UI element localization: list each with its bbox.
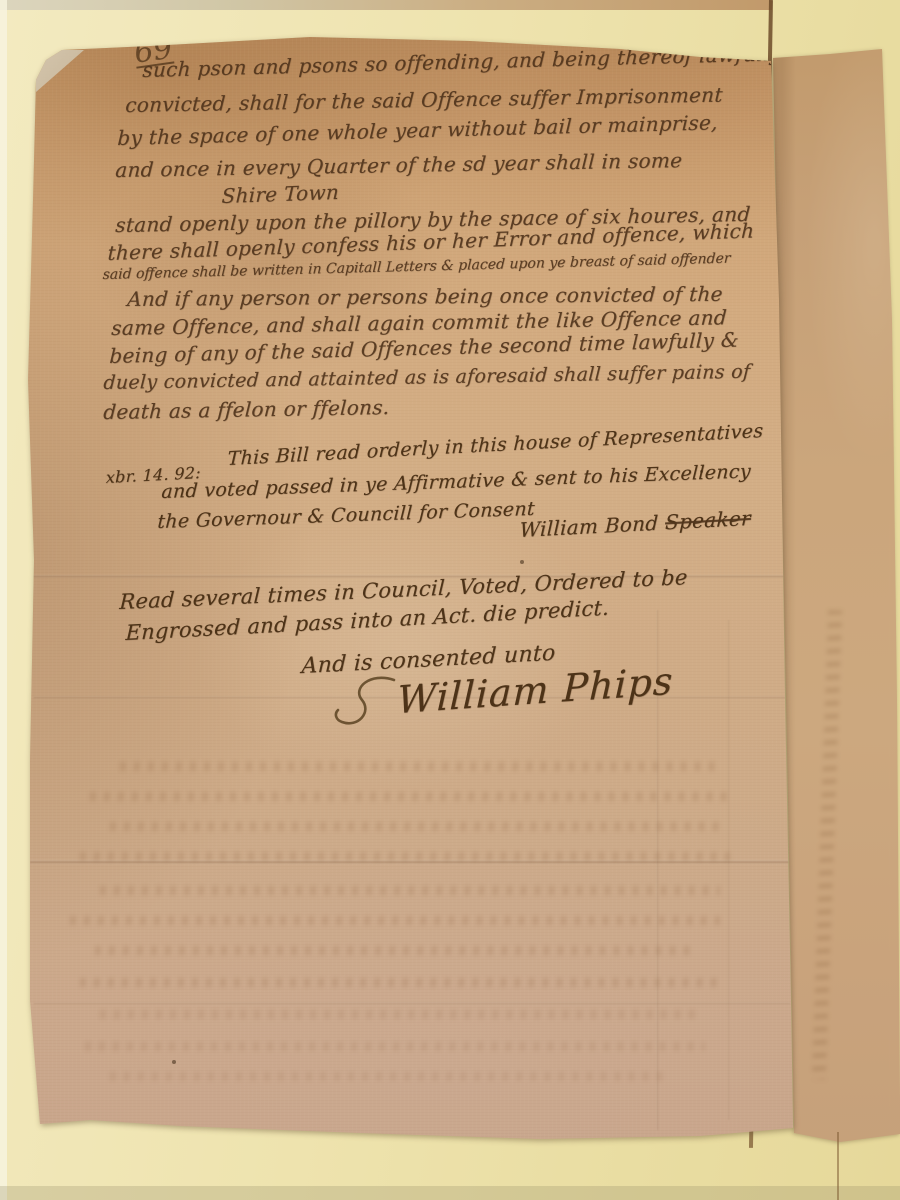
fold-crease-vertical [727,620,730,1120]
handwritten-line: death as a ffelon or ffelons. [103,395,390,424]
ghost-text [120,762,720,771]
ghost-text [100,1010,700,1019]
ghost-text [110,822,720,831]
manuscript-page: 69 such pson and psons so offending, and… [0,0,900,1200]
ghost-text [110,1072,670,1081]
ghost-text [80,852,730,861]
ink-speck [520,560,524,564]
handwritten-line: Shire Town [221,180,339,208]
manuscript-photo: 69 such pson and psons so offending, and… [0,0,900,1200]
ghost-text [85,1042,705,1051]
ghost-text [70,916,720,925]
speaker-signature-title: Speaker [665,506,752,535]
manuscript-page-wrap: 69 such pson and psons so offending, and… [0,0,900,1200]
ghost-text [100,886,720,895]
ghost-text [90,792,730,801]
signature-flourish [332,674,402,732]
ink-speck [172,1060,176,1064]
ghost-text [95,946,695,955]
fold-crease [34,1002,790,1005]
ghost-text [80,978,720,987]
